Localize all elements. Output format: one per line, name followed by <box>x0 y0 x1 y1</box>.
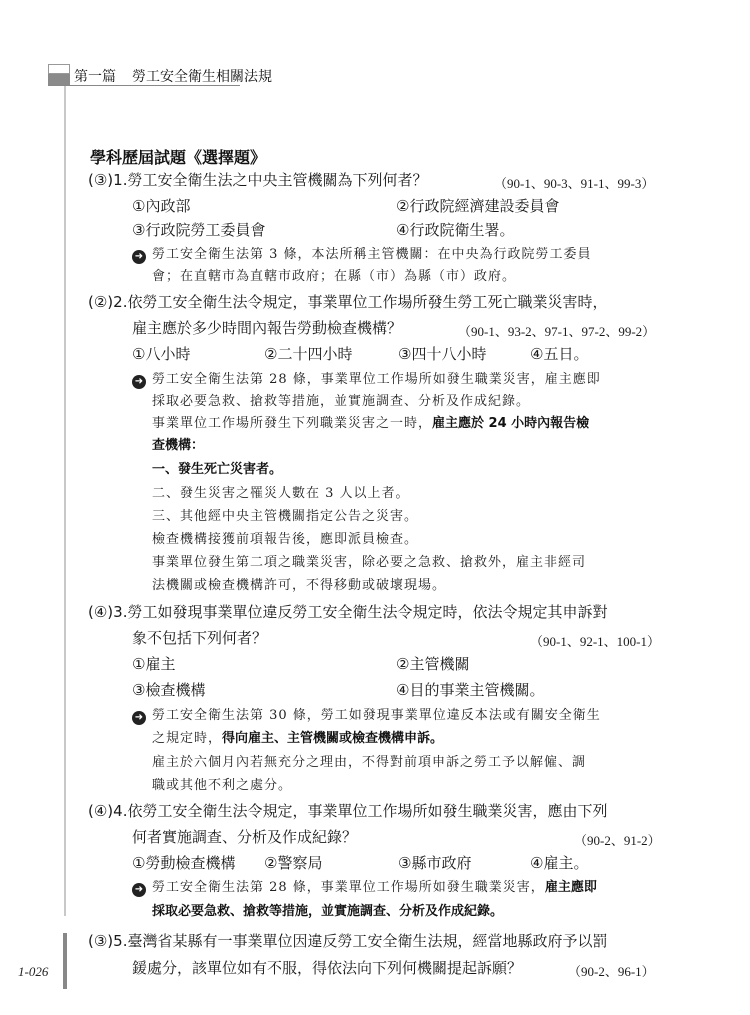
explanation-line: 雇主於六個月內若無充分之理由，不得對前項申訴之勞工予以解僱、調 <box>152 753 586 773</box>
answer-mark: (③) <box>88 171 113 189</box>
arrow-right-icon: ➜ <box>132 883 146 897</box>
option-2: ②行政院經濟建設委員會 <box>396 196 559 216</box>
header-part: 第一篇 <box>74 69 116 85</box>
question-text: 勞工如發現事業單位違反勞工安全衛生法令規定時，依法令規定其申訴對 <box>127 603 607 621</box>
arrow-right-icon: ➜ <box>132 250 146 264</box>
exam-ref: （90-1、90-3、91-1、99-3） <box>494 173 654 192</box>
explanation-line: 採取必要急救、搶救等措施，並實施調查、分析及作成紀錄。 <box>152 392 530 412</box>
question-text: 依勞工安全衛生法令規定，事業單位工作場所如發生職業災害，應由下列 <box>127 802 607 820</box>
answer-mark: (②) <box>88 293 113 311</box>
answer-mark: (③) <box>88 932 113 950</box>
exam-ref: （90-1、92-1、100-1） <box>530 631 660 650</box>
explanation-line: 一、發生死亡災害者。 <box>152 460 282 480</box>
option-3: ③檢查機構 <box>132 680 205 700</box>
question-5: (③)5.臺灣省某縣有一事業單位因違反勞工安全衛生法規，經當地縣政府予以罰 <box>88 931 607 951</box>
explanation-text: 勞工安全衛生法第 30 條，勞工如發現事業單位違反本法或有關安全衛生 <box>152 708 601 723</box>
question-text-cont: 鍰處分，該單位如有不服，得依法向下列何機關提起訴願？ <box>132 958 522 978</box>
explanation-highlight: 雇主應即 <box>545 880 597 895</box>
option-4: ④五日。 <box>530 344 588 364</box>
explanation-highlight: 得向雇主、主管機關或檢查機構申訴。 <box>222 731 443 746</box>
explanation-line: 查機構： <box>152 436 204 456</box>
explanation-text: 勞工安全衛生法第 3 條，本法所稱主管機關：在中央為行政院勞工委員 <box>152 247 592 262</box>
question-number: 2. <box>113 293 127 311</box>
answer-mark: (④) <box>88 802 113 820</box>
explanation-text: 事業單位工作場所發生下列職業災害之一時， <box>152 416 432 431</box>
book-logo-icon <box>48 64 70 86</box>
question-text: 臺灣省某縣有一事業單位因違反勞工安全衛生法規，經當地縣政府予以罰 <box>127 932 607 950</box>
question-1: (③)1.勞工安全衛生法之中央主管機關為下列何者？ <box>88 170 427 190</box>
explanation-line: 法機關或檢查機構許可，不得移動或破壞現場。 <box>152 576 446 596</box>
option-2: ②主管機關 <box>396 654 469 674</box>
explanation-line: 職或其他不利之處分。 <box>152 776 292 796</box>
option-3: ③四十八小時 <box>398 344 486 364</box>
question-number: 4. <box>113 802 127 820</box>
question-number: 3. <box>113 603 127 621</box>
explanation-line: ➜勞工安全衛生法第 3 條，本法所稱主管機關：在中央為行政院勞工委員 <box>132 245 592 265</box>
explanation-line: 事業單位工作場所發生下列職業災害之一時，雇主應於 24 小時內報告檢 <box>152 414 589 434</box>
explanation-highlight: 雇主應於 24 小時內報告檢 <box>432 416 589 431</box>
explanation-line: ➜勞工安全衛生法第 30 條，勞工如發現事業單位違反本法或有關安全衛生 <box>132 706 601 726</box>
option-3: ③行政院勞工委員會 <box>132 220 265 240</box>
explanation-line: ➜勞工安全衛生法第 28 條，事業單位工作場所如發生職業災害，雇主應即 <box>132 370 601 390</box>
explanation-line: ➜勞工安全衛生法第 28 條，事業單位工作場所如發生職業災害，雇主應即 <box>132 878 597 898</box>
section-title: 學科歷屆試題《選擇題》 <box>90 145 266 168</box>
explanation-line: 檢查機構接獲前項報告後，應即派員檢查。 <box>152 530 418 550</box>
explanation-line: 會；在直轄市為直轄市政府；在縣（市）為縣（市）政府。 <box>152 267 516 287</box>
explanation-line: 之規定時，得向雇主、主管機關或檢查機構申訴。 <box>152 729 443 749</box>
header-title: 第一篇勞工安全衛生相關法規 <box>74 66 272 86</box>
option-1: ①八小時 <box>132 344 190 364</box>
question-number: 1. <box>113 171 127 189</box>
header-divider <box>48 85 240 86</box>
explanation-text: 勞工安全衛生法第 28 條，事業單位工作場所如發生職業災害，雇主應即 <box>152 372 601 387</box>
arrow-right-icon: ➜ <box>132 375 146 389</box>
page-number: 1-026 <box>18 964 48 980</box>
answer-mark: (④) <box>88 603 113 621</box>
option-1: ①勞動檢查機構 <box>132 853 235 873</box>
question-text: 依勞工安全衛生法令規定，事業單位工作場所發生勞工死亡職業災害時， <box>127 293 607 311</box>
question-text: 勞工安全衛生法之中央主管機關為下列何者？ <box>127 171 427 189</box>
question-2: (②)2.依勞工安全衛生法令規定，事業單位工作場所發生勞工死亡職業災害時， <box>88 292 607 312</box>
margin-rule <box>64 86 66 916</box>
question-number: 5. <box>113 932 127 950</box>
option-4: ④行政院衛生署。 <box>396 220 514 240</box>
option-3: ③縣市政府 <box>398 853 471 873</box>
option-1: ①內政部 <box>132 196 190 216</box>
explanation-text: 勞工安全衛生法第 28 條，事業單位工作場所如發生職業災害， <box>152 880 545 895</box>
question-text-cont: 何者實施調查、分析及作成紀錄？ <box>132 827 357 847</box>
exam-ref: （90-2、91-2） <box>574 830 661 849</box>
explanation-line: 二、發生災害之罹災人數在 3 人以上者。 <box>152 484 410 504</box>
explanation-text: 之規定時， <box>152 731 222 746</box>
running-header: 第一篇勞工安全衛生相關法規 <box>48 64 240 84</box>
header-chapter-title: 勞工安全衛生相關法規 <box>132 69 272 85</box>
question-text-cont: 象不包括下列何者？ <box>132 628 267 648</box>
question-text-cont: 雇主應於多少時間內報告勞動檢查機構？ <box>132 318 402 338</box>
explanation-line: 三、其他經中央主管機關指定公告之災害。 <box>152 507 418 527</box>
question-4: (④)4.依勞工安全衛生法令規定，事業單位工作場所如發生職業災害，應由下列 <box>88 801 607 821</box>
exam-ref: （90-1、93-2、97-1、97-2、99-2） <box>458 321 655 340</box>
arrow-right-icon: ➜ <box>132 711 146 725</box>
question-3: (④)3.勞工如發現事業單位違反勞工安全衛生法令規定時，依法令規定其申訴對 <box>88 602 607 622</box>
page-tab-marker <box>63 933 67 989</box>
option-4: ④目的事業主管機關。 <box>396 680 544 700</box>
option-2: ②二十四小時 <box>264 344 352 364</box>
option-1: ①雇主 <box>132 654 175 674</box>
exam-ref: （90-2、96-1） <box>568 961 655 980</box>
explanation-line: 事業單位發生第二項之職業災害，除必要之急救、搶救外，雇主非經司 <box>152 553 586 573</box>
option-4: ④雇主。 <box>530 853 588 873</box>
option-2: ②警察局 <box>264 853 322 873</box>
explanation-line: 採取必要急救、搶救等措施，並實施調查、分析及作成紀錄。 <box>152 902 503 922</box>
